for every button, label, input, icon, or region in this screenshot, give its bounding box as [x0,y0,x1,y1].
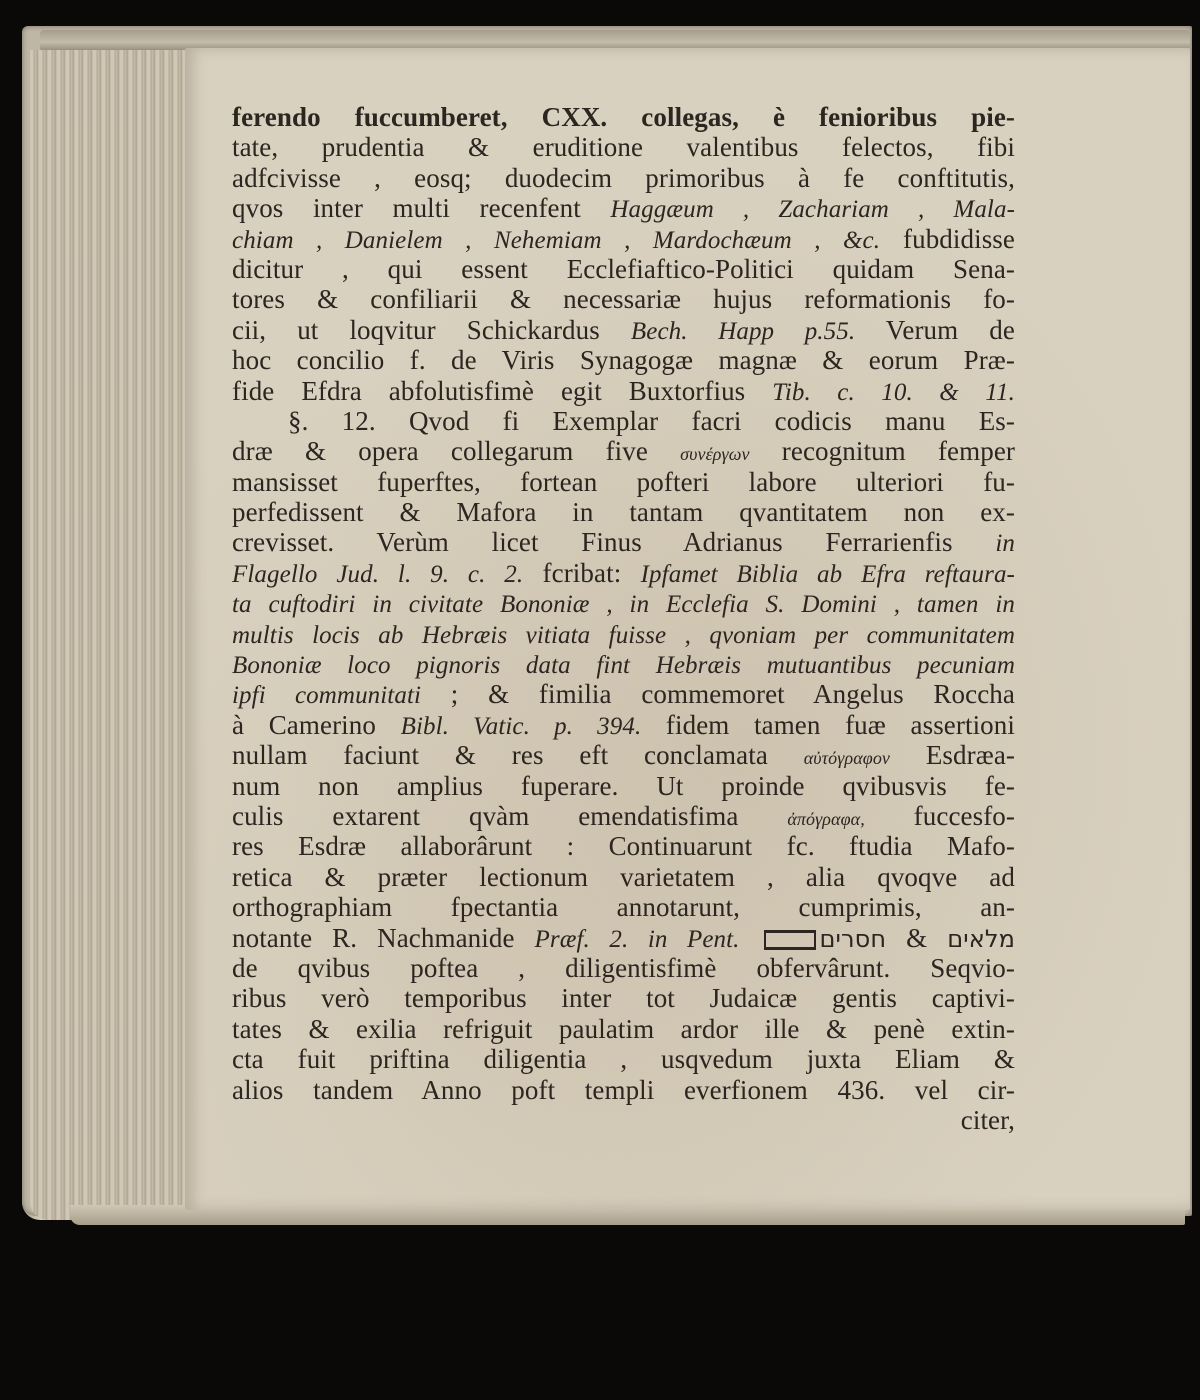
text-line: §. 12. Qvod fi Exemplar facri codicis ma… [232,406,1015,436]
text-line: mansisset fuperftes, fortean pofteri lab… [232,467,1015,497]
text-run: notante R. Nachmanide [232,923,535,953]
text-line: tate, prudentia & eruditione valentibus … [232,132,1015,162]
text-line: citer, [232,1105,1015,1135]
greek-text: αὐτόγραφον [804,748,890,768]
text-run: dicitur , qui essent Ecclefiaftico-Polit… [232,254,1015,284]
text-line: alios tandem Anno poft templi everfionem… [232,1075,1015,1105]
text-run: & [886,923,947,953]
text-run: fcribat: [523,558,640,588]
italic-text: Haggæum , Zachariam , Mala- [610,196,1015,223]
text-run: Verum de [855,315,1015,345]
italic-text: Bech. Happ p.55. [631,318,855,345]
text-line: num non amplius fuperare. Ut proinde qvi… [232,771,1015,801]
text-run: culis extarent qvàm emendatisfima [232,801,787,831]
text-line: ferendo fuccumberet, CXX. collegas, è fe… [232,102,1015,132]
text-line: cii, ut loqvitur Schickardus Bech. Happ … [232,315,1015,345]
hebrew-text: חסרים [820,925,887,953]
text-line: qvos inter multi recenfent Haggæum , Zac… [232,193,1015,223]
text-line: cta fuit priftina diligentia , usqvedum … [232,1044,1015,1074]
text-line: dræ & opera collegarum five συνέργων rec… [232,436,1015,466]
text-run: adfcivisse , eosq; duodecim primoribus à… [232,163,1015,193]
text-line: hoc concilio f. de Viris Synagogæ magnæ … [232,345,1015,375]
text-run: recognitum femper [750,436,1015,466]
italic-text: in [995,530,1015,557]
text-run: alios tandem Anno poft templi everfionem… [232,1075,1015,1105]
text-run: crevisset. Verùm licet Finus Adrianus Fe… [232,527,995,557]
text-run [740,923,760,953]
text-line: adfcivisse , eosq; duodecim primoribus à… [232,163,1015,193]
text-run: citer, [961,1105,1015,1135]
text-run: de qvibus poftea , diligentisfimè obferv… [232,953,1015,983]
text-line: tates & exilia refriguit paulatim ardor … [232,1014,1015,1044]
page-stack-edges [30,50,190,1220]
greek-text: συνέργων [680,444,749,464]
text-run: ribus verò temporibus inter tot Judaicæ … [232,983,1015,1013]
text-run: §. 12. Qvod fi Exemplar facri codicis ma… [288,406,1015,436]
text-run: hoc concilio f. de Viris Synagogæ magnæ … [232,345,1015,375]
italic-text: multis locis ab Hebræis vitiata fuisse ,… [232,622,1015,649]
text-line: perfedissent & Mafora in tantam qvantita… [232,497,1015,527]
text-line: retica & præter lectionum varietatem , a… [232,862,1015,892]
text-run: cta fuit priftina diligentia , usqvedum … [232,1044,1015,1074]
text-run: res Esdræ allaborârunt : Continuarunt fc… [232,831,1015,861]
text-line: dicitur , qui essent Ecclefiaftico-Polit… [232,254,1015,284]
text-line: de qvibus poftea , diligentisfimè obferv… [232,953,1015,983]
text-run: perfedissent & Mafora in tantam qvantita… [232,497,1015,527]
italic-text: Bononiæ loco pignoris data fint Hebræis … [232,652,1015,679]
text-line: ribus verò temporibus inter tot Judaicæ … [232,983,1015,1013]
text-line: res Esdræ allaborârunt : Continuarunt fc… [232,831,1015,861]
text-run: tate, prudentia & eruditione valentibus … [232,132,1015,162]
italic-text: Flagello Jud. l. 9. c. 2. [232,561,523,588]
greek-text: ἀπόγραφα, [787,809,864,829]
text-line: ipfi communitati ; & fimilia commemoret … [232,679,1015,709]
italic-text: ta cuftodiri in civitate Bononiæ , in Ec… [232,591,1015,618]
text-run: fuccesfo- [865,801,1015,831]
italic-text: ipfi communitati [232,682,421,709]
text-run: tates & exilia refriguit paulatim ardor … [232,1014,1015,1044]
text-line: crevisset. Verùm licet Finus Adrianus Fe… [232,527,1015,557]
text-line: orthographiam fpectantia annotarunt, cum… [232,892,1015,922]
text-run: fide Efdra abfolutisfimè egit Buxtorfius [232,376,772,406]
hebrew-abbreviation-box [764,930,816,950]
text-run: cii, ut loqvitur Schickardus [232,315,631,345]
text-line: chiam , Danielem , Nehemiam , Mardochæum… [232,224,1015,254]
italic-text: Bibl. Vatic. p. 394. [401,713,642,740]
text-run: num non amplius fuperare. Ut proinde qvi… [232,771,1015,801]
book-page: ferendo fuccumberet, CXX. collegas, è fe… [185,48,1190,1210]
text-line: tores & confiliarii & necessariæ hujus r… [232,284,1015,314]
text-run: retica & præter lectionum varietatem , a… [232,862,1015,892]
text-run: mansisset fuperftes, fortean pofteri lab… [232,467,1015,497]
text-run: ; & fimilia commemoret Angelus Roccha [421,679,1015,709]
text-line: ta cuftodiri in civitate Bononiæ , in Ec… [232,588,1015,618]
text-run: qvos inter multi recenfent [232,193,610,223]
text-run: ferendo fuccumberet, CXX. collegas, è fe… [232,102,1015,132]
text-run: à Camerino [232,710,401,740]
text-line: à Camerino Bibl. Vatic. p. 394. fidem ta… [232,710,1015,740]
text-run: dræ & opera collegarum five [232,436,680,466]
text-run: Esdræa- [890,740,1015,770]
text-run: tores & confiliarii & necessariæ hujus r… [232,284,1015,314]
italic-text: chiam , Danielem , Nehemiam , Mardochæum… [232,227,880,254]
text-line: nullam faciunt & res eft conclamata αὐτό… [232,740,1015,770]
text-line: fide Efdra abfolutisfimè egit Buxtorfius… [232,376,1015,406]
italic-text: Præf. 2. in Pent. [535,926,740,953]
text-run: fidem tamen fuæ assertioni [641,710,1015,740]
italic-text: Ipfamet Biblia ab Efra reftaura- [641,561,1015,588]
text-line: notante R. Nachmanide Præf. 2. in Pent. … [232,923,1015,953]
text-run: fubdidisse [880,224,1015,254]
text-line: culis extarent qvàm emendatisfima ἀπόγρα… [232,801,1015,831]
italic-text: Tib. c. 10. & 11. [772,379,1015,406]
text-line: Flagello Jud. l. 9. c. 2. fcribat: Ipfam… [232,558,1015,588]
text-line: Bononiæ loco pignoris data fint Hebræis … [232,649,1015,679]
text-run: orthographiam fpectantia annotarunt, cum… [232,892,1015,922]
text-run: nullam faciunt & res eft conclamata [232,740,804,770]
text-line: multis locis ab Hebræis vitiata fuisse ,… [232,619,1015,649]
page-text-block: ferendo fuccumberet, CXX. collegas, è fe… [232,102,1015,1135]
hebrew-text: מלאים [947,925,1015,953]
